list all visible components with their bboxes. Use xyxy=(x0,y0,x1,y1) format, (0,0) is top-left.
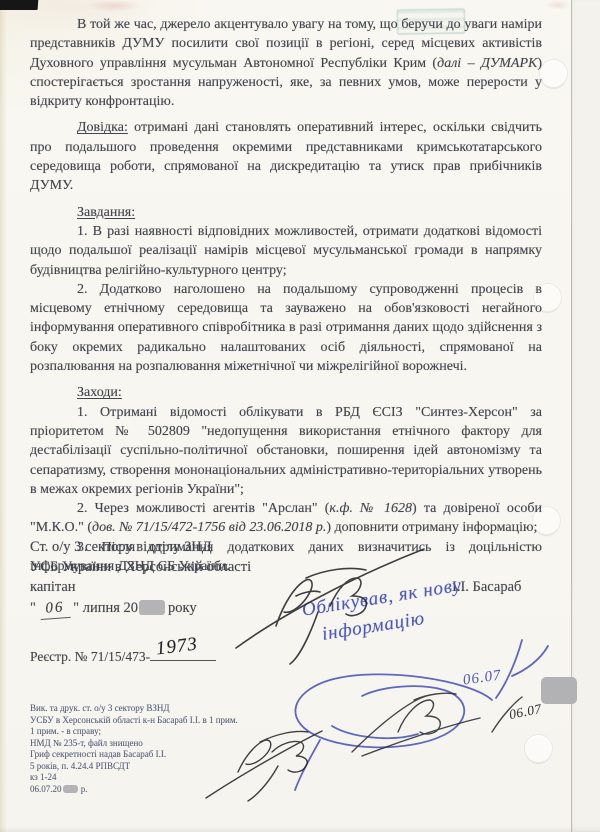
redaction-box-blue-date xyxy=(541,677,577,704)
document-body: В той же час, джерело акцентувало увагу … xyxy=(30,15,542,576)
scanned-document-page: В той же час, джерело акцентувало увагу … xyxy=(0,0,600,832)
scan-edge-right xyxy=(571,0,600,832)
reference-label: Довідка: xyxy=(77,120,128,135)
signer-unit-line1: Ст. о/у 3 сектору відділу ЗНД xyxy=(30,537,360,557)
registry-line: Реєстр. № 71/15/473-1973 xyxy=(30,646,216,665)
task-item-1: 1. В разі наявності відповідних можливос… xyxy=(30,222,542,280)
intro-italic-abbrev: далі – ДУМАРК xyxy=(437,56,537,71)
measure-item-2: 2. Через можливості агентів "Арслан" (к.… xyxy=(30,499,542,538)
fine-print-date-suffix: р. xyxy=(79,784,88,794)
paragraph-intro: В той же час, джерело акцентувало увагу … xyxy=(30,15,542,111)
punch-hole xyxy=(524,734,553,763)
measure2-text: ) доповнити отриману інформацію; xyxy=(326,520,537,535)
measures-header-label: Заходи: xyxy=(77,385,122,400)
date-month: " липня 20 xyxy=(73,600,138,616)
date-tail: року xyxy=(168,600,197,616)
task-item-2: 2. Додатково наголошено на подальшому су… xyxy=(30,280,542,376)
measure2-agent-ref: к.ф. № 1628 xyxy=(329,501,412,516)
fine-print-line: кз 1-24 xyxy=(30,772,330,784)
fine-print-line: Вик. та друк. ст. о/у 3 сектору ВЗНД xyxy=(30,703,330,715)
handwritten-blue-date: 06.07 xyxy=(462,667,503,689)
paragraph-reference: Довідка: отримані дані становлять операт… xyxy=(30,118,542,195)
registry-label: Реєстр. № 71/15/473- xyxy=(30,649,150,664)
scan-smudge xyxy=(545,0,571,10)
handwritten-black-date: 06.07 xyxy=(508,701,543,723)
signer-rank: капітан xyxy=(30,577,360,597)
fine-print-date: 06.07.20 xyxy=(30,784,62,794)
officer-signature-bottom-right xyxy=(352,693,522,756)
scan-edge-bottom xyxy=(0,826,600,832)
measure-item-1: 1. Отримані відомості облікувати в РБД Є… xyxy=(30,403,542,499)
punch-hole xyxy=(539,59,568,88)
executor-fine-print: Вик. та друк. ст. о/у 3 сектору ВЗНД УСБ… xyxy=(30,703,330,795)
fine-print-line: Гриф секретності надав Басараб І.І. xyxy=(30,749,330,761)
fine-print-line: 1 прим. - в справу; xyxy=(30,726,330,738)
fine-print-line: НМД № 235-т, файл знищено xyxy=(30,738,330,750)
measure2-text: 2. Через можливості агентів "Арслан" ( xyxy=(77,501,329,516)
handwritten-day: 06 xyxy=(39,597,70,620)
scan-smudge xyxy=(86,0,142,12)
signer-unit-line2: УСБ України в Херсонській області xyxy=(30,557,360,577)
fine-print-line: УСБУ в Херсонській області к-н Басараб І… xyxy=(30,715,330,727)
registry-blank-line: 1973 xyxy=(150,646,216,661)
measures-header: Заходи: xyxy=(30,383,542,402)
quote-open: " xyxy=(30,600,36,616)
measure2-doc-ref: дов. № 71/15/472-1756 від 23.06.2018 р. xyxy=(92,520,326,535)
scanner-corner-mark xyxy=(0,0,38,10)
handwritten-registry-number: 1973 xyxy=(155,634,199,661)
tasks-header: Завдання: xyxy=(30,203,542,222)
scan-edge-left xyxy=(0,0,7,832)
redaction-box-fineprint-year xyxy=(63,785,78,793)
fine-print-date-line: 06.07.20 р. xyxy=(30,784,330,796)
fine-print-line: 5 років, п. 4.24.4 РПВСДТ xyxy=(30,761,330,773)
tasks-header-label: Завдання: xyxy=(77,205,135,220)
redaction-box-year xyxy=(139,600,165,615)
